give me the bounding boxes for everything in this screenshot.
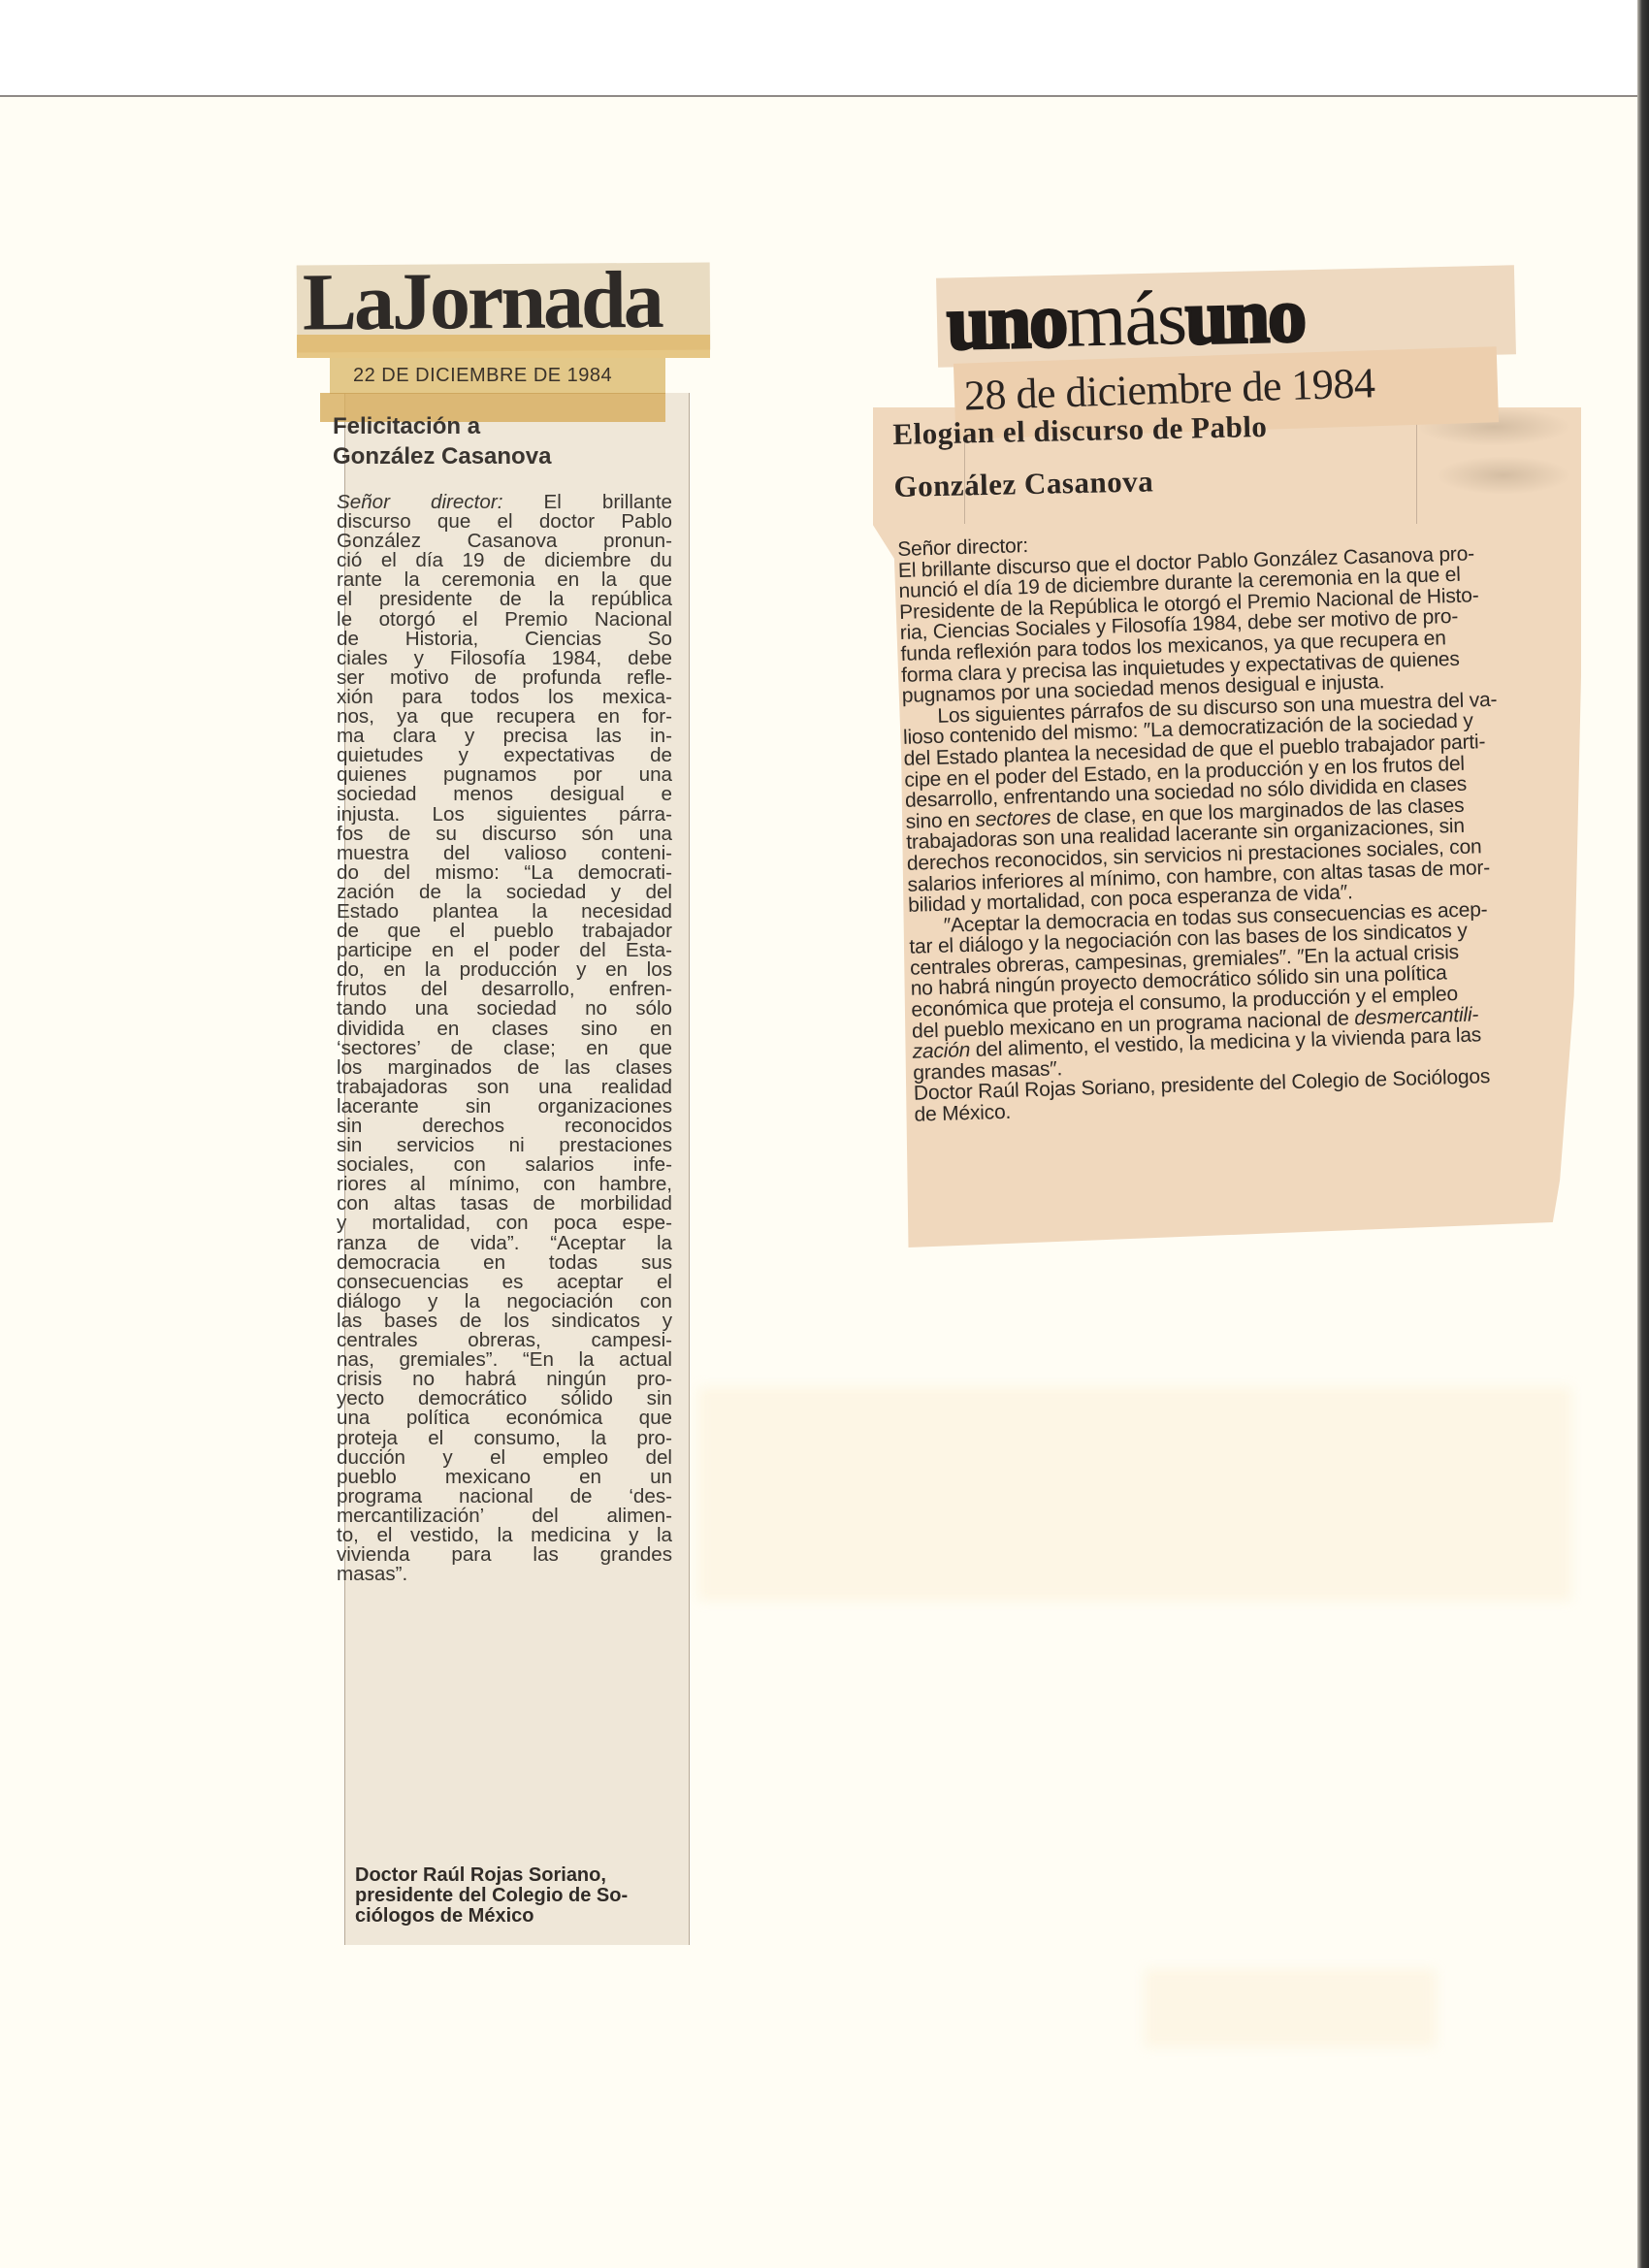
body-line: dividida en clases sino en bbox=[337, 1020, 672, 1039]
body-line: nos, ya que recupera en for- bbox=[337, 707, 672, 727]
scanner-edge-strip bbox=[1637, 0, 1649, 2268]
body-line: consecuencias es aceptar el bbox=[337, 1273, 672, 1292]
body-line: y mortalidad, con poca espe- bbox=[337, 1214, 672, 1233]
body-line: quietudes y expectativas de bbox=[337, 746, 672, 765]
show-through-ghost-text bbox=[698, 1387, 1571, 1601]
body-line: sociedad menos desigual e bbox=[337, 785, 672, 804]
body-line: ranza de vida”. “Aceptar la bbox=[337, 1234, 672, 1253]
body-line: nas, gremiales”. “En la actual bbox=[337, 1350, 672, 1370]
body-line: trabajadoras son una realidad bbox=[337, 1078, 672, 1097]
la-jornada-date-strip: 22 DE DICIEMBRE DE 1984 bbox=[330, 358, 665, 394]
body-line: sociales, con salarios infe- bbox=[337, 1155, 672, 1175]
body-line: injusta. Los siguientes párra- bbox=[337, 805, 672, 825]
la-jornada-date: 22 DE DICIEMBRE DE 1984 bbox=[353, 365, 612, 387]
la-jornada-headline: Felicitación a González Casanova bbox=[333, 411, 682, 471]
body-line: Estado plantea la necesidad bbox=[337, 902, 672, 922]
body-line: fos de su discurso són una bbox=[337, 825, 672, 844]
tape-strip bbox=[297, 335, 710, 358]
body-line: ma clara y precisa las in- bbox=[337, 727, 672, 746]
body-line: rante la ceremonia en la que bbox=[337, 570, 672, 590]
unomasuno-headline: Elogian el discurso de Pablo González Ca… bbox=[892, 405, 1438, 504]
show-through-ghost-text bbox=[1145, 1969, 1436, 2047]
body-line: ciales y Filosofía 1984, debe bbox=[337, 649, 672, 668]
body-line: una política económica que bbox=[337, 1409, 672, 1428]
body-line: le otorgó el Premio Nacional bbox=[337, 610, 672, 630]
body-line: yecto democrático sólido sin bbox=[337, 1389, 672, 1409]
body-line: frutos del desarrollo, enfren- bbox=[337, 980, 672, 999]
body-line: con altas tasas de morbilidad bbox=[337, 1194, 672, 1214]
body-line: los marginados de las clases bbox=[337, 1058, 672, 1078]
body-line: González Casanova pronun- bbox=[337, 532, 672, 551]
body-line: do, en la producción y en los bbox=[337, 960, 672, 980]
body-line: sin servicios ni prestaciones bbox=[337, 1136, 672, 1155]
body-line: xión para todos los mexica- bbox=[337, 688, 672, 707]
body-line: lacerante sin organizaciones bbox=[337, 1097, 672, 1117]
body-line: to, el vestido, la medicina y la bbox=[337, 1526, 672, 1545]
body-line: muestra del valioso conteni- bbox=[337, 844, 672, 863]
body-line: el presidente de la república bbox=[337, 590, 672, 609]
body-line: discurso que el doctor Pablo bbox=[337, 512, 672, 532]
body-line: pueblo mexicano en un bbox=[337, 1468, 672, 1487]
body-line: diálogo y la negociación con bbox=[337, 1292, 672, 1312]
body-line: do del mismo: “La democrati- bbox=[337, 863, 672, 883]
body-line: ser motivo de profunda refle- bbox=[337, 668, 672, 688]
body-line: ducción y el empleo del bbox=[337, 1448, 672, 1468]
body-line: de Historia, Ciencias So bbox=[337, 630, 672, 649]
body-line: zación de la sociedad y del bbox=[337, 883, 672, 902]
body-line: tando una sociedad no sólo bbox=[337, 999, 672, 1019]
body-line: mercantilización’ del alimen- bbox=[337, 1507, 672, 1526]
body-line: vivienda para las grandes bbox=[337, 1545, 672, 1565]
unomasuno-letter-body: Señor director:El brillante discurso que… bbox=[897, 519, 1605, 1125]
body-line: programa nacional de ‘des- bbox=[337, 1487, 672, 1507]
body-line: proteja el consumo, la pro- bbox=[337, 1429, 672, 1448]
body-line: sin derechos reconocidos bbox=[337, 1117, 672, 1136]
body-line: las bases de los sindicatos y bbox=[337, 1312, 672, 1331]
body-line: centrales obreras, campesi- bbox=[337, 1331, 672, 1350]
la-jornada-letter-body: Señor director: El brillantediscurso que… bbox=[337, 493, 672, 1584]
unomasuno-logo: unomásuno bbox=[946, 272, 1306, 368]
body-line: quienes pugnamos por una bbox=[337, 765, 672, 785]
body-line: participe en el poder del Esta- bbox=[337, 941, 672, 960]
la-jornada-signature: Doctor Raúl Rojas Soriano, presidente de… bbox=[355, 1865, 687, 1927]
body-line: ció el día 19 de diciembre du bbox=[337, 551, 672, 570]
body-line: riores al mínimo, con hambre, bbox=[337, 1175, 672, 1194]
body-line: Señor director: El brillante bbox=[337, 493, 672, 512]
body-line: de que el pueblo trabajador bbox=[337, 922, 672, 941]
body-line: ‘sectores’ de clase; en que bbox=[337, 1039, 672, 1058]
body-line: democracia en todas sus bbox=[337, 1253, 672, 1273]
body-line: crisis no habrá ningún pro- bbox=[337, 1370, 672, 1389]
body-line: masas”. bbox=[337, 1565, 672, 1584]
